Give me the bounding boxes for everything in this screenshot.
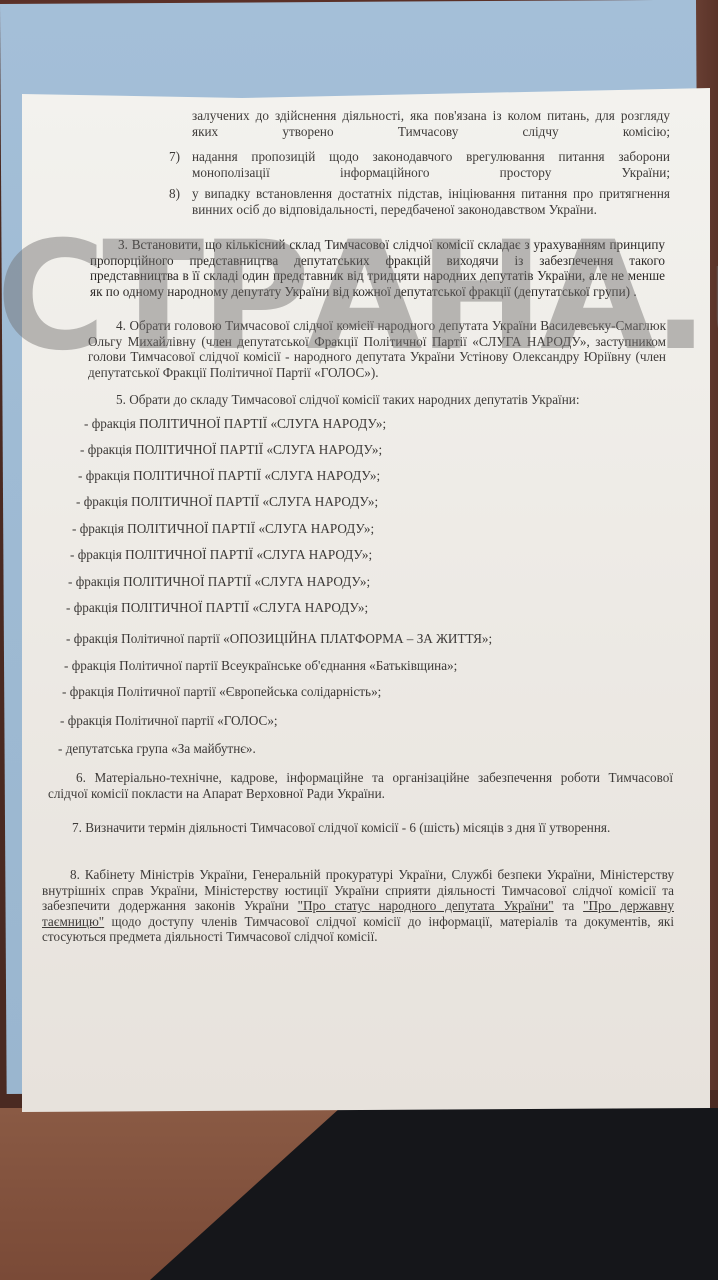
item6-tail: залучених до здійснення діяльності, яка … bbox=[192, 108, 670, 139]
paragraph-4: 4. Обрати головою Тимчасової слідчої ком… bbox=[88, 318, 666, 380]
faction-list-item: - фракція Політичної партії «ОПОЗИЦІЙНА … bbox=[66, 631, 492, 647]
paragraph-7: 7. Визначити термін діяльності Тимчасово… bbox=[44, 820, 674, 836]
paragraph-5-intro: 5. Обрати до складу Тимчасової слідчої к… bbox=[116, 392, 656, 408]
faction-list-item: - депутатська група «За майбутнє». bbox=[58, 741, 256, 757]
faction-list-item: - фракція Політичної партії «ГОЛОС»; bbox=[60, 713, 278, 729]
faction-list-item: - фракція ПОЛІТИЧНОЇ ПАРТІЇ «СЛУГА НАРОД… bbox=[76, 494, 378, 510]
faction-list-item: - фракція ПОЛІТИЧНОЇ ПАРТІЇ «СЛУГА НАРОД… bbox=[70, 547, 372, 563]
item7-text: надання пропозицій щодо законодавчого вр… bbox=[192, 149, 670, 180]
faction-list-item: - фракція ПОЛІТИЧНОЇ ПАРТІЇ «СЛУГА НАРОД… bbox=[66, 600, 368, 616]
paragraph-3: 3. Встановити, що кількісний склад Тимча… bbox=[90, 237, 665, 299]
faction-list-item: - фракція ПОЛІТИЧНОЇ ПАРТІЇ «СЛУГА НАРОД… bbox=[68, 574, 370, 590]
paragraph-8-text-2: та bbox=[554, 898, 583, 913]
paragraph-6: 6. Матеріально-технічне, кадрове, інформ… bbox=[48, 770, 673, 801]
faction-list-item: - фракція ПОЛІТИЧНОЇ ПАРТІЇ «СЛУГА НАРОД… bbox=[84, 416, 386, 432]
faction-list-item: - фракція ПОЛІТИЧНОЇ ПАРТІЇ «СЛУГА НАРОД… bbox=[78, 468, 380, 484]
paragraph-8-text-3: щодо доступу членів Тимчасової слідчої к… bbox=[42, 914, 674, 945]
faction-list-item: - фракція Політичної партії «Європейська… bbox=[62, 684, 381, 700]
item7-number: 7) bbox=[169, 149, 180, 165]
paragraph-8: 8. Кабінету Міністрів України, Генеральн… bbox=[42, 867, 674, 945]
item8-number: 8) bbox=[169, 186, 180, 202]
faction-list-item: - фракція Політичної партії Всеукраїнськ… bbox=[64, 658, 457, 674]
law-link-status-deputy[interactable]: "Про статус народного депутата України" bbox=[298, 898, 554, 913]
faction-list-item: - фракція ПОЛІТИЧНОЇ ПАРТІЇ «СЛУГА НАРОД… bbox=[72, 521, 374, 537]
item8-text: у випадку встановлення достатніх підстав… bbox=[192, 186, 670, 217]
faction-list-item: - фракція ПОЛІТИЧНОЇ ПАРТІЇ «СЛУГА НАРОД… bbox=[80, 442, 382, 458]
